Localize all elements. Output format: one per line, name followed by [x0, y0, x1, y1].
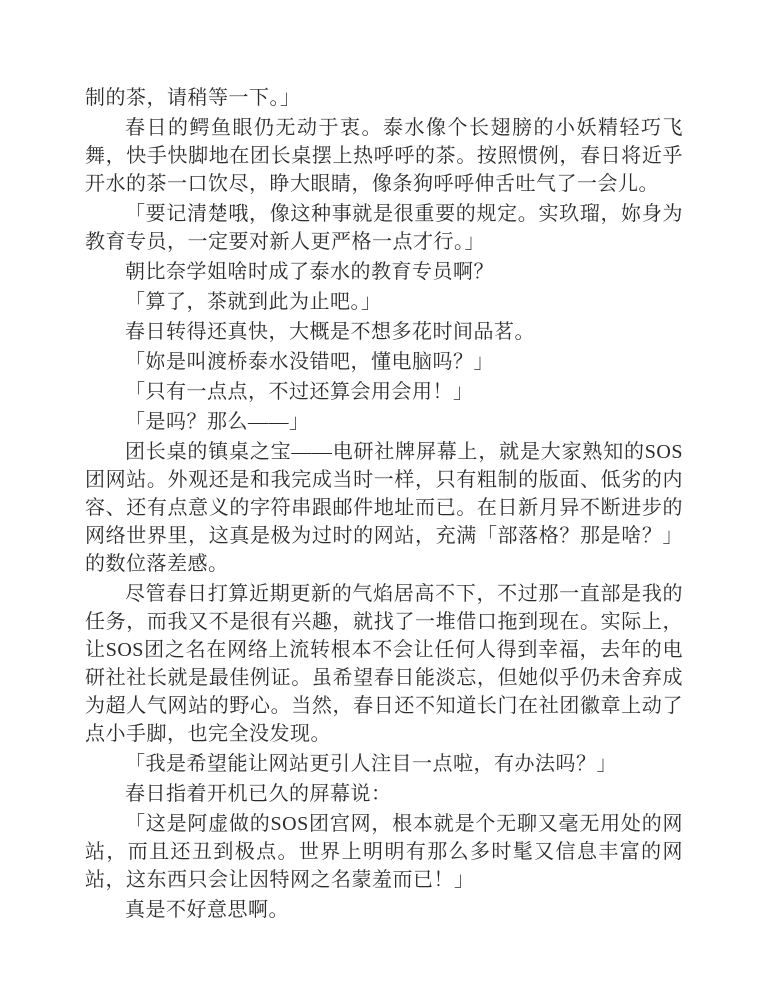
paragraph: 「是吗？那么——」	[85, 408, 683, 436]
paragraph: 「算了，茶就到此为止吧。」	[85, 288, 683, 316]
paragraph: 制的茶，请稍等一下。」	[85, 84, 683, 112]
paragraph: 春日的鳄鱼眼仍无动于衷。泰水像个长翅膀的小妖精轻巧飞舞，快手快脚地在团长桌摆上热…	[85, 114, 683, 198]
paragraph: 尽管春日打算近期更新的气焰居高不下，不过那一直部是我的任务，而我又不是很有兴趣，…	[85, 580, 683, 748]
paragraph: 「我是希望能让网站更引人注目一点啦，有办法吗？」	[85, 750, 683, 778]
paragraph: 「只有一点点，不过还算会用会用！」	[85, 378, 683, 406]
paragraph: 「这是阿虚做的SOS团宫网，根本就是个无聊又毫无用处的网站，而且还丑到极点。世界…	[85, 810, 683, 894]
paragraph: 春日转得还真快，大概是不想多花时间品茗。	[85, 318, 683, 346]
paragraph: 「要记清楚哦，像这种事就是很重要的规定。实玖瑠，妳身为教育专员，一定要对新人更严…	[85, 200, 683, 256]
novel-page: 制的茶，请稍等一下。」春日的鳄鱼眼仍无动于衷。泰水像个长翅膀的小妖精轻巧飞舞，快…	[0, 0, 765, 990]
paragraph: 朝比奈学姐啥时成了泰水的教育专员啊？	[85, 258, 683, 286]
paragraph: 真是不好意思啊。	[85, 896, 683, 924]
page-text-block: 制的茶，请稍等一下。」春日的鳄鱼眼仍无动于衷。泰水像个长翅膀的小妖精轻巧飞舞，快…	[85, 84, 683, 924]
paragraph: 春日指着开机已久的屏幕说：	[85, 780, 683, 808]
paragraph: 团长桌的镇桌之宝——电研社牌屏幕上，就是大家熟知的SOS团网站。外观还是和我完成…	[85, 438, 683, 578]
paragraph: 「妳是叫渡桥泰水没错吧，懂电脑吗？」	[85, 348, 683, 376]
